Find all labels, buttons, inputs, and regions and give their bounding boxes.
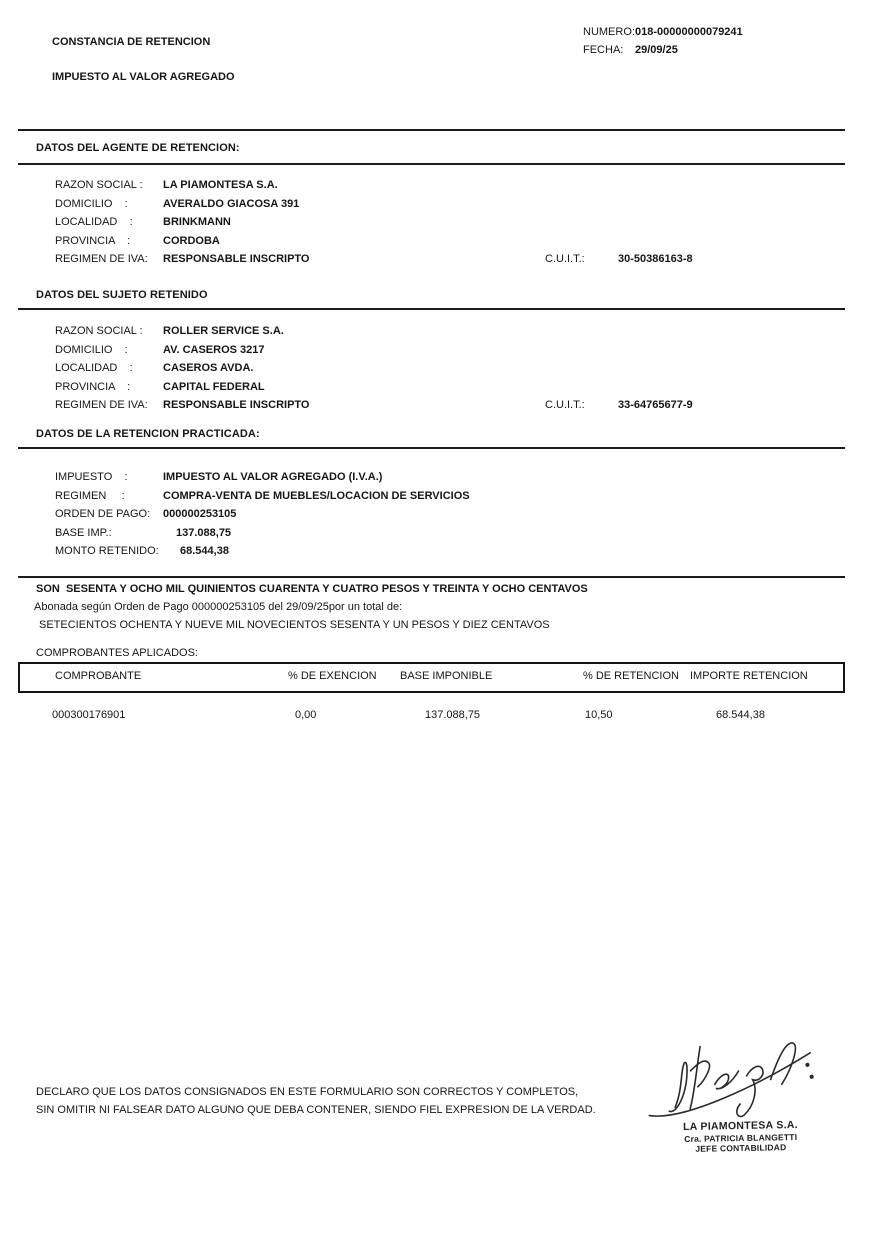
field-row: LOCALIDAD :CASEROS AVDA. <box>55 362 845 381</box>
retencion-fields: IMPUESTO :IMPUESTO AL VALOR AGREGADO (I.… <box>55 471 845 564</box>
field-label: REGIMEN DE IVA: <box>55 399 163 412</box>
declaration-line: DECLARO QUE LOS DATOS CONSIGNADOS EN EST… <box>36 1086 578 1098</box>
field-value: ROLLER SERVICE S.A. <box>163 325 284 337</box>
signature-handwriting-icon <box>642 1026 834 1124</box>
cuit-label: C.U.I.T.: <box>545 399 585 412</box>
field-row: REGIMEN DE IVA:RESPONSABLE INSCRIPTO C.U… <box>55 253 845 272</box>
field-row: REGIMEN DE IVA:RESPONSABLE INSCRIPTO C.U… <box>55 399 845 418</box>
field-label: ORDEN DE PAGO: <box>55 508 163 521</box>
field-row: DOMICILIO :AVERALDO GIACOSA 391 <box>55 198 845 217</box>
field-label: PROVINCIA : <box>55 381 163 394</box>
table-header-cell: % DE RETENCION <box>583 670 679 682</box>
field-row: DOMICILIO :AV. CASEROS 3217 <box>55 344 845 363</box>
table-header-cell: BASE IMPONIBLE <box>400 670 492 682</box>
field-value: BRINKMANN <box>163 216 231 228</box>
field-row: BASE IMP.:137.088,75 <box>55 527 845 546</box>
divider <box>18 576 845 578</box>
field-label: REGIMEN : <box>55 490 163 503</box>
declaration-line: SIN OMITIR NI FALSEAR DATO ALGUNO QUE DE… <box>36 1104 596 1116</box>
doc-title: CONSTANCIA DE RETENCION <box>52 36 210 48</box>
table-cell-comprobante: 000300176901 <box>52 709 125 721</box>
field-value: 68.544,38 <box>180 545 229 557</box>
field-row: PROVINCIA :CAPITAL FEDERAL <box>55 381 845 400</box>
field-label: REGIMEN DE IVA: <box>55 253 163 266</box>
payment-reference: Abonada según Orden de Pago 000000253105… <box>34 601 402 613</box>
field-label: LOCALIDAD : <box>55 216 163 229</box>
field-value: 000000253105 <box>163 508 236 520</box>
field-value: CASEROS AVDA. <box>163 362 253 374</box>
doc-subtitle: IMPUESTO AL VALOR AGREGADO <box>52 71 235 83</box>
divider <box>18 308 845 310</box>
field-row: RAZON SOCIAL :ROLLER SERVICE S.A. <box>55 325 845 344</box>
retention-certificate-page: CONSTANCIA DE RETENCION IMPUESTO AL VALO… <box>0 0 870 1240</box>
cuit-label: C.U.I.T.: <box>545 253 585 266</box>
divider <box>18 163 845 165</box>
field-value: RESPONSABLE INSCRIPTO <box>163 253 310 265</box>
cuit-value: 30-50386163-8 <box>618 253 693 266</box>
field-value: LA PIAMONTESA S.A. <box>163 179 278 191</box>
field-value: AV. CASEROS 3217 <box>163 344 265 356</box>
field-label: DOMICILIO : <box>55 344 163 357</box>
field-label: MONTO RETENIDO: <box>55 545 163 558</box>
section-heading-sujeto: DATOS DEL SUJETO RETENIDO <box>36 289 208 301</box>
fecha-value: 29/09/25 <box>635 44 678 56</box>
field-label: PROVINCIA : <box>55 235 163 248</box>
field-row: IMPUESTO :IMPUESTO AL VALOR AGREGADO (I.… <box>55 471 845 490</box>
table-cell-retencion-pct: 10,50 <box>585 709 613 721</box>
field-label: DOMICILIO : <box>55 198 163 211</box>
field-value: COMPRA-VENTA DE MUEBLES/LOCACION DE SERV… <box>163 490 470 502</box>
field-label: RAZON SOCIAL : <box>55 325 163 338</box>
field-row: ORDEN DE PAGO:000000253105 <box>55 508 845 527</box>
fecha-label: FECHA: <box>583 44 623 56</box>
field-label: IMPUESTO : <box>55 471 163 484</box>
agente-fields: RAZON SOCIAL :LA PIAMONTESA S.A. DOMICIL… <box>55 179 845 272</box>
field-label: LOCALIDAD : <box>55 362 163 375</box>
field-row: RAZON SOCIAL :LA PIAMONTESA S.A. <box>55 179 845 198</box>
section-heading-agente: DATOS DEL AGENTE DE RETENCION: <box>36 142 240 154</box>
field-label: RAZON SOCIAL : <box>55 179 163 192</box>
sujeto-fields: RAZON SOCIAL :ROLLER SERVICE S.A. DOMICI… <box>55 325 845 418</box>
numero-label: NUMERO: <box>583 26 635 38</box>
table-cell-base-imponible: 137.088,75 <box>425 709 480 721</box>
signature-block: LA PIAMONTESA S.A. Cra. PATRICIA BLANGET… <box>634 1026 846 1170</box>
field-value: 137.088,75 <box>176 527 231 539</box>
field-value: CORDOBA <box>163 235 220 247</box>
section-heading-retencion: DATOS DE LA RETENCION PRACTICADA: <box>36 428 260 440</box>
field-value: IMPUESTO AL VALOR AGREGADO (I.V.A.) <box>163 471 382 483</box>
table-header-cell: IMPORTE RETENCION <box>690 670 808 682</box>
field-value: RESPONSABLE INSCRIPTO <box>163 399 310 411</box>
total-in-words: SETECIENTOS OCHENTA Y NUEVE MIL NOVECIEN… <box>39 619 550 631</box>
field-label: BASE IMP.: <box>55 527 163 540</box>
table-header-cell: % DE EXENCION <box>288 670 377 682</box>
field-value: CAPITAL FEDERAL <box>163 381 265 393</box>
amount-in-words: SON SESENTA Y OCHO MIL QUINIENTOS CUAREN… <box>36 583 588 595</box>
field-row: LOCALIDAD :BRINKMANN <box>55 216 845 235</box>
field-row: REGIMEN :COMPRA-VENTA DE MUEBLES/LOCACIO… <box>55 490 845 509</box>
cuit-value: 33-64765677-9 <box>618 399 693 412</box>
numero-value: 018-00000000079241 <box>635 26 743 38</box>
divider <box>18 129 845 131</box>
table-cell-exencion: 0,00 <box>295 709 316 721</box>
comprobantes-heading: COMPROBANTES APLICADOS: <box>36 647 198 659</box>
field-row: MONTO RETENIDO:68.544,38 <box>55 545 845 564</box>
field-value: AVERALDO GIACOSA 391 <box>163 198 299 210</box>
table-header-cell: COMPROBANTE <box>55 670 141 682</box>
field-row: PROVINCIA :CORDOBA <box>55 235 845 254</box>
divider <box>18 447 845 449</box>
table-cell-importe: 68.544,38 <box>716 709 765 721</box>
